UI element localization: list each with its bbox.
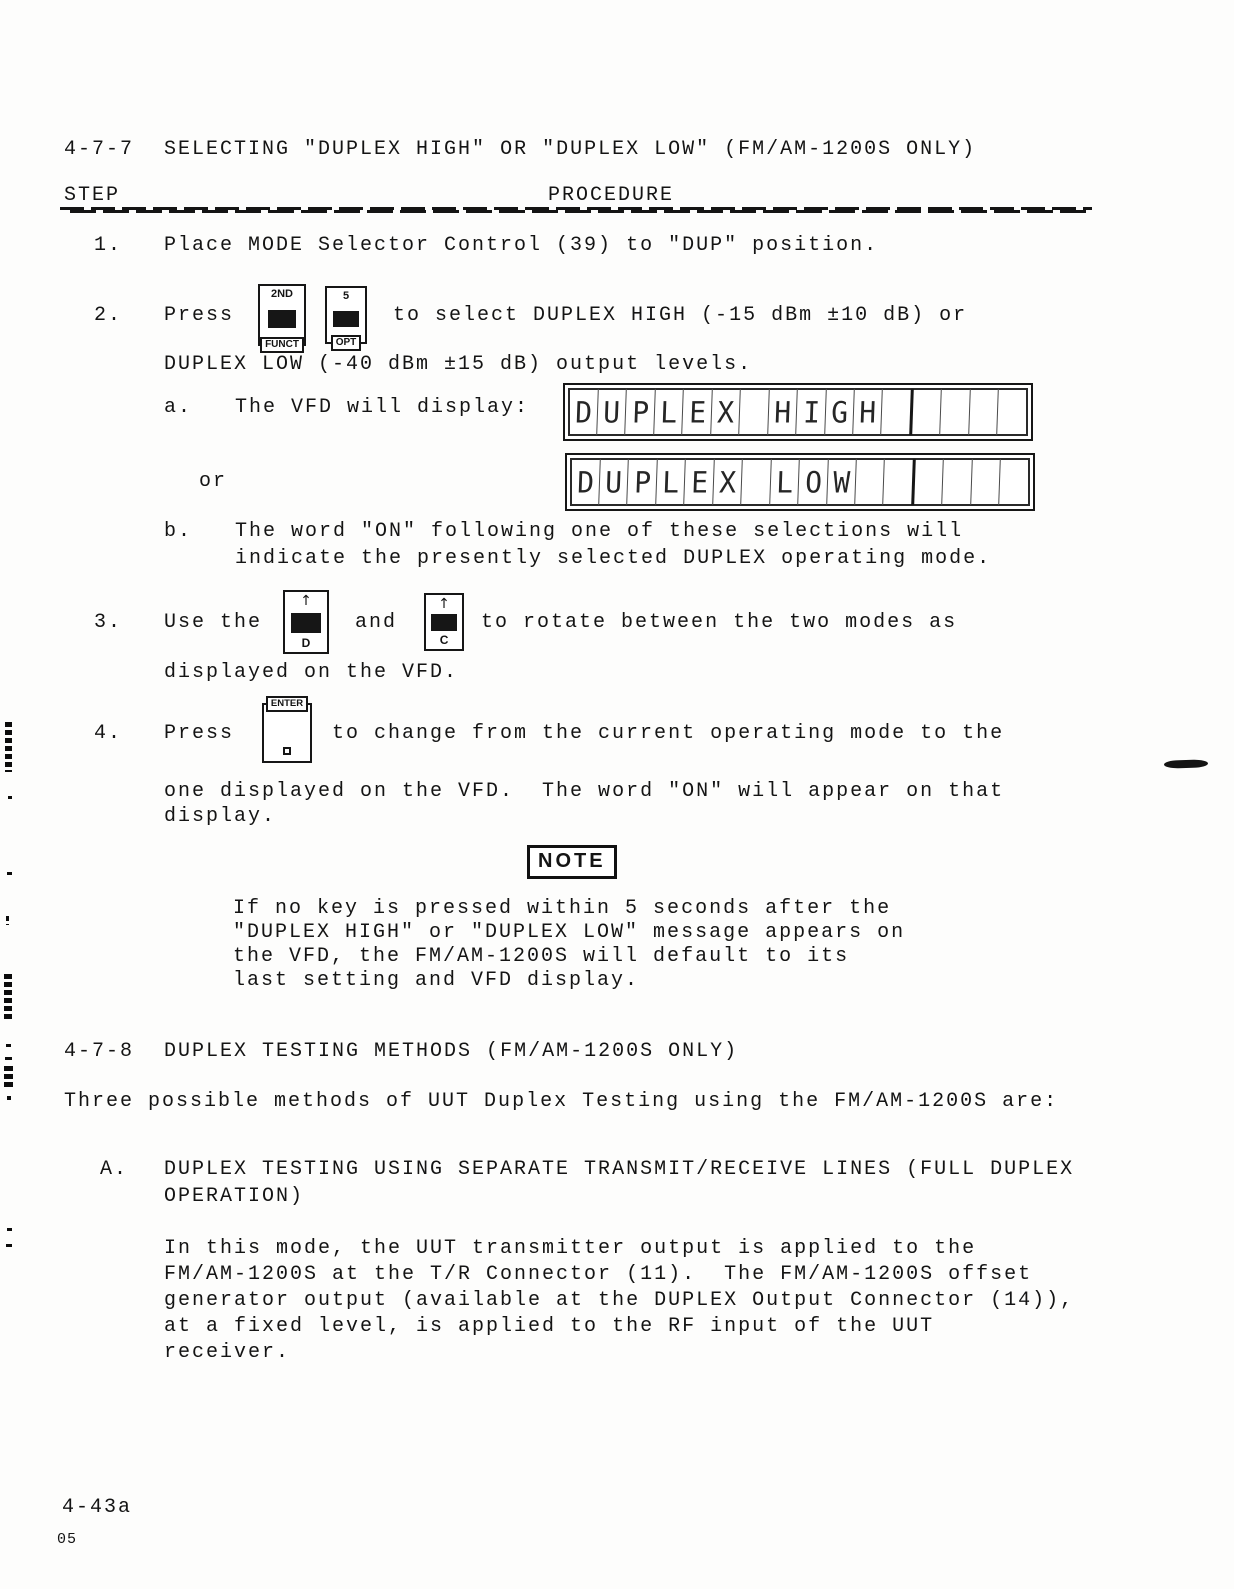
- scan-artifact: [1164, 759, 1208, 768]
- step2-row: 2. Press 2ND FUNCT 5 OPT to select DUPLE…: [94, 280, 967, 350]
- vfd-cell: G: [825, 389, 855, 435]
- vfd-cell: P: [626, 389, 656, 435]
- step4-post-text: to change from the current operating mod…: [332, 722, 1004, 745]
- step2b-line2: indicate the presently selected DUPLEX o…: [235, 547, 991, 571]
- vfd-cell: [914, 459, 944, 505]
- vfd-cell: U: [598, 389, 628, 435]
- vfd-cell: E: [683, 389, 713, 435]
- scroll-c-key: ↑ C: [424, 593, 464, 651]
- scan-artifact: [6, 916, 9, 925]
- section-number: 4-7-7: [64, 138, 134, 161]
- section-intro: Three possible methods of UUT Duplex Tes…: [64, 1090, 1058, 1114]
- up-arrow-icon: ↑: [438, 597, 450, 611]
- column-header-procedure: PROCEDURE: [548, 184, 674, 208]
- scan-artifact: [6, 1244, 12, 1247]
- vfd-cell: [941, 389, 971, 435]
- step2-pre-text: Press: [164, 304, 234, 327]
- column-header-step: STEP: [64, 184, 120, 208]
- vfd-cell: L: [657, 459, 687, 505]
- section-number: 4-7-8: [64, 1040, 134, 1063]
- step4-pre-text: Press: [164, 722, 234, 745]
- step2a-text: The VFD will display:: [235, 396, 529, 420]
- vfd-cell: [998, 389, 1027, 435]
- scan-artifact: [8, 796, 12, 799]
- step3-line2: displayed on the VFD.: [164, 661, 458, 685]
- scroll-c-key-label: C: [440, 634, 449, 646]
- vfd-cell: [742, 459, 772, 505]
- scan-artifact: [7, 1228, 12, 1231]
- step3-number: 3.: [94, 611, 164, 634]
- vfd-cells: DUPLEXHIGH: [568, 388, 1028, 436]
- method-a-body-line: receiver.: [164, 1341, 290, 1365]
- note-box: NOTE: [527, 845, 617, 879]
- vfd-cell: D: [569, 389, 599, 435]
- step4-number: 4.: [94, 722, 164, 745]
- page-number: 4-43a: [62, 1496, 132, 1520]
- enter-key: ENTER: [262, 703, 312, 763]
- vfd-cell: O: [799, 459, 829, 505]
- opt-5-key-bottom-label: OPT: [331, 335, 362, 351]
- step2-line2: DUPLEX LOW (-40 dBm ±15 dB) output level…: [164, 353, 752, 377]
- opt-5-key-top-label: 5: [343, 291, 349, 302]
- vfd-cell: [1000, 459, 1029, 505]
- section-title: DUPLEX TESTING METHODS (FM/AM-1200S ONLY…: [134, 1040, 738, 1063]
- key-face-icon: [283, 747, 291, 755]
- method-a-title-line2: OPERATION): [164, 1185, 304, 1209]
- opt-5-key: 5 OPT: [325, 286, 367, 344]
- key-face-icon: [333, 311, 359, 327]
- vfd-cell: P: [628, 459, 658, 505]
- vfd-cell: [740, 389, 770, 435]
- header-rule: [60, 207, 1092, 213]
- scan-artifact: [6, 1044, 11, 1047]
- step3-post-text: to rotate between the two modes as: [481, 611, 957, 634]
- vfd-display-duplex-low: DUPLEXLOW: [565, 453, 1035, 511]
- section-heading: 4-7-8DUPLEX TESTING METHODS (FM/AM-1200S…: [64, 1040, 738, 1064]
- step2a-label: a.: [164, 396, 192, 420]
- second-function-key: 2ND FUNCT: [258, 284, 306, 346]
- vfd-cell: [912, 389, 942, 435]
- step4-row: 4. Press ENTER to change from the curren…: [94, 700, 1004, 766]
- step2-post-text: to select DUPLEX HIGH (-15 dBm ±10 dB) o…: [393, 304, 967, 327]
- step1-number: 1.: [94, 234, 122, 258]
- method-a-body-line: In this mode, the UUT transmitter output…: [164, 1237, 976, 1261]
- step1-text: Place MODE Selector Control (39) to "DUP…: [164, 234, 878, 258]
- vfd-cell: L: [655, 389, 685, 435]
- vfd-cells: DUPLEXLOW: [570, 458, 1030, 506]
- method-a-body-line: FM/AM-1200S at the T/R Connector (11). T…: [164, 1263, 1032, 1287]
- step2-number: 2.: [94, 304, 164, 327]
- vfd-cell: L: [770, 459, 800, 505]
- vfd-cell: [856, 459, 886, 505]
- vfd-cell: [884, 459, 916, 505]
- vfd-cell: [969, 389, 999, 435]
- step3-row: 3. Use the ↑ D and ↑ C to rotate between…: [94, 586, 957, 658]
- vfd-cell: W: [827, 459, 857, 505]
- scroll-d-key: ↑ D: [283, 590, 329, 654]
- section-heading: 4-7-7SELECTING "DUPLEX HIGH" OR "DUPLEX …: [64, 138, 976, 162]
- vfd-cell: [943, 459, 973, 505]
- revision-number: 05: [57, 1531, 77, 1549]
- vfd-cell: U: [600, 459, 630, 505]
- step2b-line1: The word "ON" following one of these sel…: [235, 520, 963, 544]
- step3-mid-text: and: [355, 611, 397, 634]
- note-line: the VFD, the FM/AM-1200S will default to…: [233, 945, 849, 969]
- method-a-body-line: generator output (available at the DUPLE…: [164, 1289, 1074, 1313]
- note-line: "DUPLEX HIGH" or "DUPLEX LOW" message ap…: [233, 921, 905, 945]
- vfd-cell: X: [713, 459, 743, 505]
- vfd-cell: [971, 459, 1001, 505]
- second-function-key-top-label: 2ND: [271, 289, 293, 300]
- scan-artifact: [4, 1066, 13, 1090]
- vfd-cell: H: [768, 389, 798, 435]
- vfd-cell: H: [854, 389, 884, 435]
- scan-artifact: [7, 1096, 11, 1100]
- step4-line2: one displayed on the VFD. The word "ON" …: [164, 780, 1004, 804]
- scan-artifact: [4, 974, 12, 1022]
- method-a-label: A.: [100, 1158, 128, 1182]
- manual-page: 4-7-7SELECTING "DUPLEX HIGH" OR "DUPLEX …: [0, 0, 1234, 1589]
- section-title: SELECTING "DUPLEX HIGH" OR "DUPLEX LOW" …: [134, 138, 976, 161]
- scan-artifact: [5, 722, 12, 772]
- step2b-label: b.: [164, 520, 192, 544]
- vfd-cell: X: [711, 389, 741, 435]
- key-face-icon: [268, 310, 296, 328]
- key-face-icon: [291, 613, 321, 633]
- key-face-icon: [431, 614, 457, 631]
- method-a-body-line: at a fixed level, is applied to the RF i…: [164, 1315, 934, 1339]
- second-function-key-bottom-label: FUNCT: [260, 337, 304, 353]
- vfd-display-duplex-high: DUPLEXHIGH: [563, 383, 1033, 441]
- note-line: If no key is pressed within 5 seconds af…: [233, 897, 891, 921]
- enter-key-label: ENTER: [266, 696, 308, 712]
- vfd-cell: I: [797, 389, 827, 435]
- or-label: or: [199, 470, 227, 494]
- step3-pre-text: Use the: [164, 611, 262, 634]
- vfd-cell: D: [571, 459, 601, 505]
- note-line: last setting and VFD display.: [233, 969, 639, 993]
- up-arrow-icon: ↑: [300, 594, 312, 608]
- scan-artifact: [5, 1057, 12, 1060]
- vfd-cell: [882, 389, 914, 435]
- method-a-title-line1: DUPLEX TESTING USING SEPARATE TRANSMIT/R…: [164, 1158, 1074, 1182]
- scan-artifact: [7, 872, 12, 875]
- step4-line3: display.: [164, 805, 276, 829]
- scroll-d-key-label: D: [302, 637, 311, 649]
- vfd-cell: E: [685, 459, 715, 505]
